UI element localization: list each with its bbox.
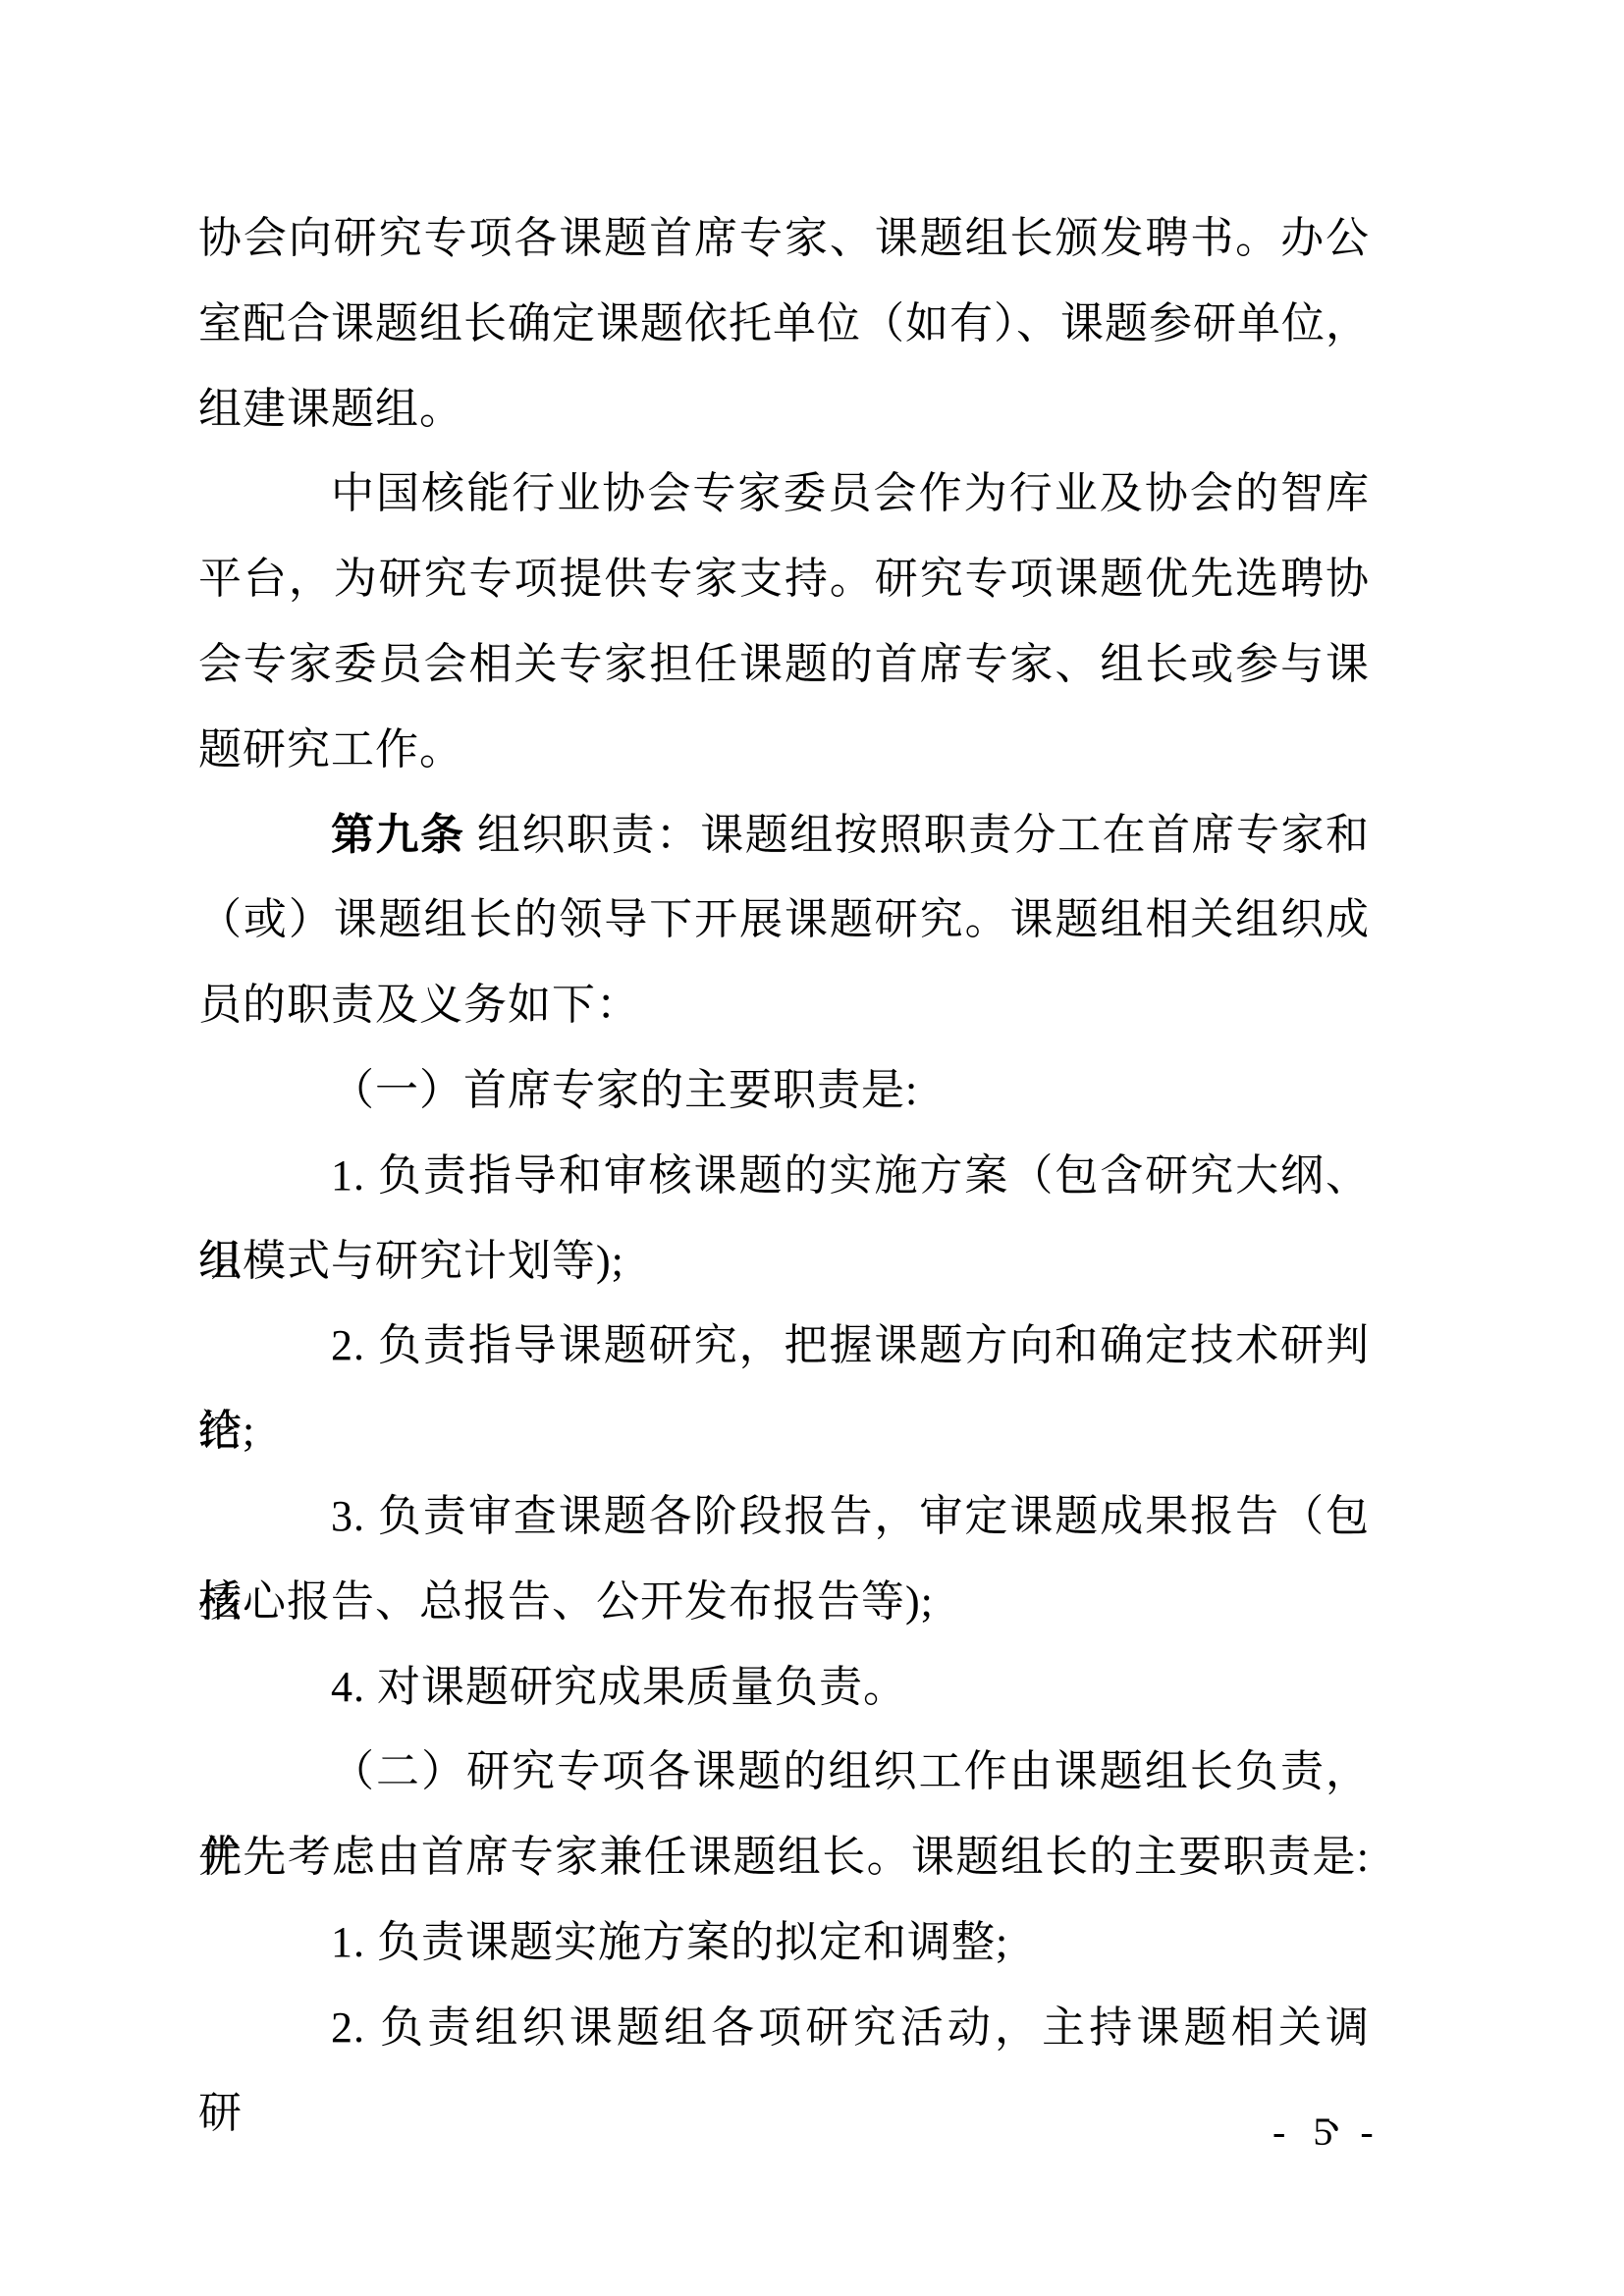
text-block: 协会向研究专项各课题首席专家、课题组长颁发聘书。办公室配合课题组长确定课题依托单… [198, 196, 1370, 2071]
text-line: 题研究工作。 [198, 708, 1370, 793]
text-line: （或）课题组长的领导下开展课题研究。课题组相关组织成 [198, 878, 1370, 963]
text-line: 3. 负责审查课题各阶段报告，审定课题成果报告（包括 [198, 1474, 1370, 1560]
text-line: 织模式与研究计划等); [198, 1219, 1370, 1305]
text-line: 组建课题组。 [198, 367, 1370, 453]
text-line: （一）首席专家的主要职责是: [198, 1048, 1370, 1134]
text-line: 1. 负责课题实施方案的拟定和调整; [198, 1900, 1370, 1986]
text-line: 优先考虑由首席专家兼任课题组长。课题组长的主要职责是: [198, 1815, 1370, 1900]
document-page: 协会向研究专项各课题首席专家、课题组长颁发聘书。办公室配合课题组长确定课题依托单… [0, 0, 1624, 2296]
text-line: 会专家委员会相关专家担任课题的首席专家、组长或参与课 [198, 622, 1370, 708]
text-line: 核心报告、总报告、公开发布报告等); [198, 1560, 1370, 1645]
article-number-bold: 第九条 [331, 811, 464, 859]
text-line: 2. 负责组织课题组各项研究活动，主持课题相关调研、 [198, 1986, 1370, 2071]
text-line: （二）研究专项各课题的组织工作由课题组长负责，并 [198, 1730, 1370, 1815]
text-line: 协会向研究专项各课题首席专家、课题组长颁发聘书。办公 [198, 196, 1370, 282]
text-line: 中国核能行业协会专家委员会作为行业及协会的智库 [198, 452, 1370, 537]
page-number: - 5 - [1272, 2110, 1382, 2154]
text-line: 员的职责及义务如下： [198, 963, 1370, 1048]
text-line: 2. 负责指导课题研究，把握课题方向和确定技术研判结 [198, 1304, 1370, 1389]
text-line: 论; [198, 1389, 1370, 1474]
text-line: 1. 负责指导和审核课题的实施方案（包含研究大纲、组 [198, 1134, 1370, 1219]
text-line: 室配合课题组长确定课题依托单位（如有）、课题参研单位， [198, 282, 1370, 367]
text-line: 4. 对课题研究成果质量负责。 [198, 1645, 1370, 1731]
text-line-content: 组织职责：课题组按照职责分工在首席专家和 [464, 811, 1370, 859]
text-line: 第九条 组织职责：课题组按照职责分工在首席专家和 [198, 793, 1370, 879]
text-line: 平台，为研究专项提供专家支持。研究专项课题优先选聘协 [198, 537, 1370, 622]
